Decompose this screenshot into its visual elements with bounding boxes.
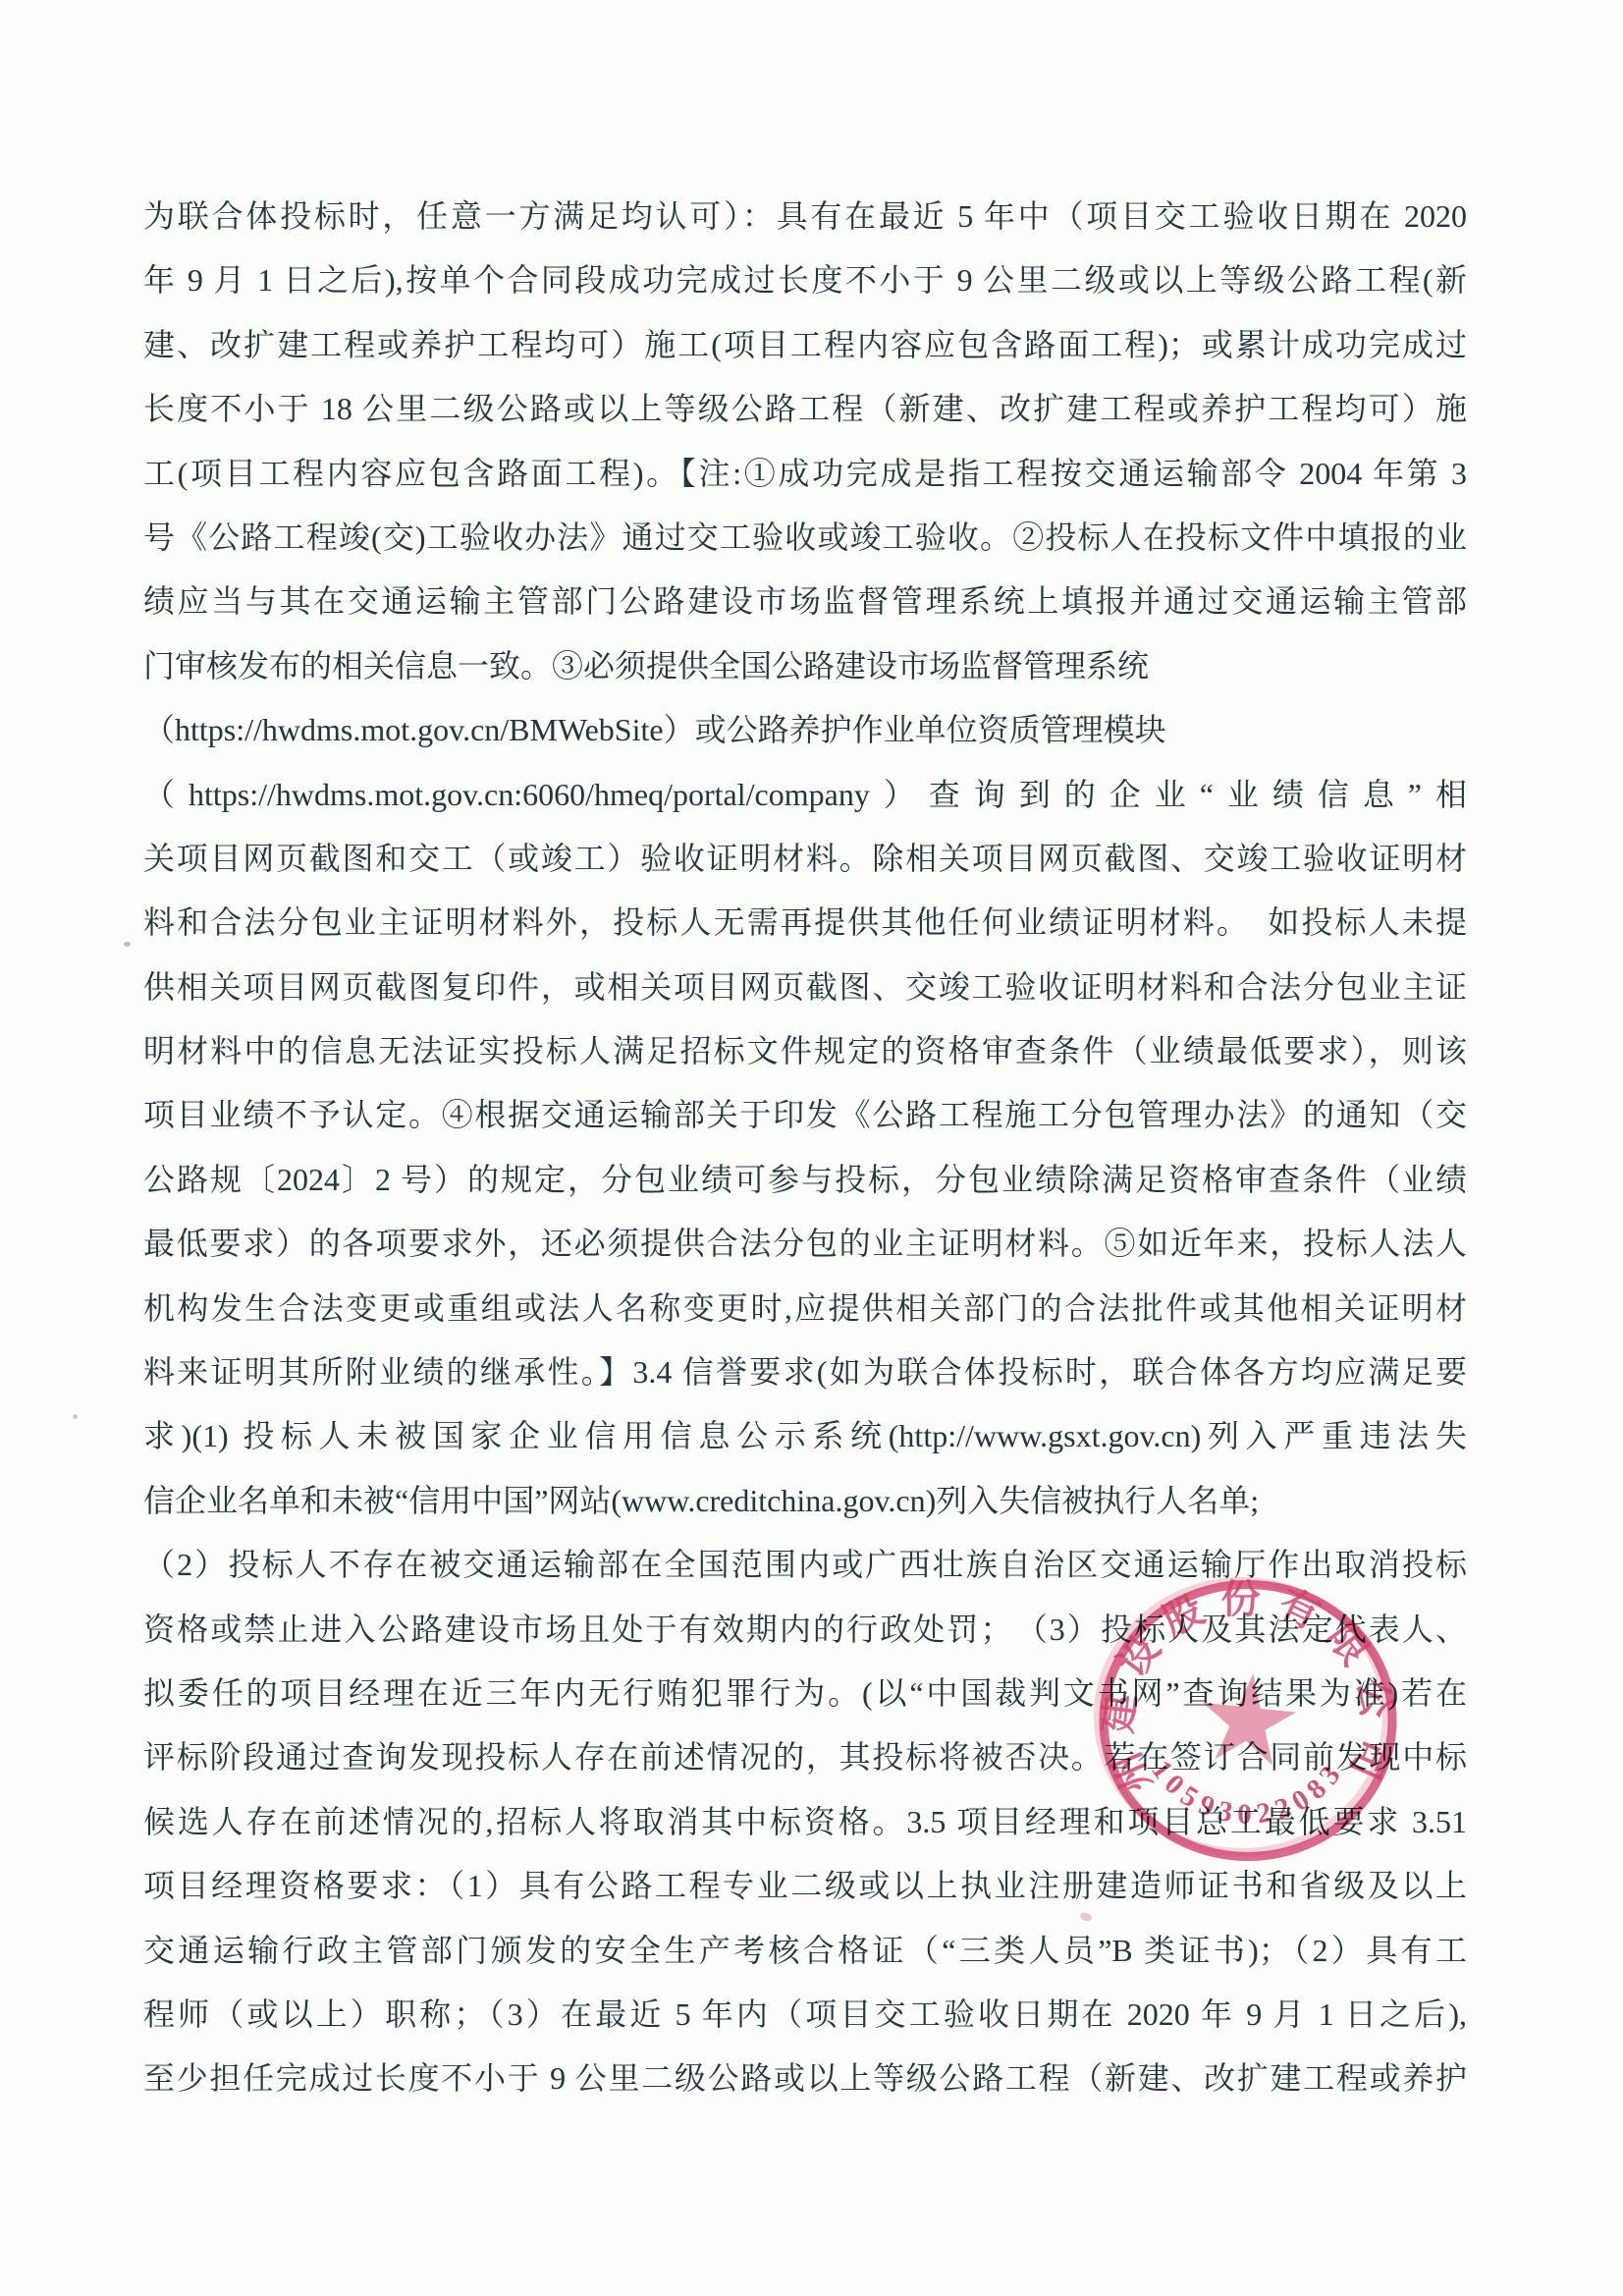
seal-number-container: 10593022083 [1145, 1755, 1351, 1831]
text-line-3: 建、改扩建工程或养护工程均可）施工(项目工程内容应包含路面工程)；或累计成功完成… [143, 313, 1467, 377]
company-seal: 州建设股份有限公司 10593022083 [1084, 1567, 1414, 1882]
text-line-5: 工(项目工程内容应包含路面工程)。【注:①成功完成是指工程按交通运输部令 200… [143, 442, 1467, 506]
text-line-1: 为联合体投标时，任意一方满足均认可）：具有在最近 5 年中（项目交工验收日期在 … [143, 185, 1467, 248]
seal-star-icon [1197, 1668, 1299, 1767]
text-line-28: 交通运输行政主管部门颁发的安全生产考核合格证（“三类人员”B 类证书)；（2）具… [143, 1919, 1467, 1983]
text-line-30: 至少担任完成过长度不小于 9 公里二级公路或以上等级公路工程（新建、改扩建工程或… [143, 2047, 1467, 2110]
text-line-8: 门审核发布的相关信息一致。③必须提供全国公路建设市场监督管理系统 [143, 634, 1467, 698]
text-line-29: 程师（或以上）职称；（3）在最近 5 年内（项目交工验收日期在 2020 年 9… [143, 1983, 1467, 2047]
text-line-6: 号《公路工程竣(交)工验收办法》通过交工验收或竣工验收。②投标人在投标文件中填报… [143, 506, 1467, 570]
text-line-9: （https://hwdms.mot.gov.cn/BMWebSite）或公路养… [143, 698, 1467, 762]
text-line-13: 供相关项目网页截图复印件，或相关项目网页截图、交竣工验收证明材料和合法分包业主证 [143, 956, 1467, 1019]
text-line-7: 绩应当与其在交通运输主管部门公路建设市场监督管理系统上填报并通过交通运输主管部 [143, 570, 1467, 633]
document-page: 为联合体投标时，任意一方满足均认可）：具有在最近 5 年中（项目交工验收日期在 … [0, 0, 1623, 2296]
text-line-17: 最低要求）的各项要求外，还必须提供合法分包的业主证明材料。⑤如近年来，投标人法人 [143, 1212, 1467, 1276]
text-line-19: 料来证明其所附业绩的继承性。】3.4 信誉要求(如为联合体投标时，联合体各方均应… [143, 1340, 1467, 1404]
text-line-2: 年 9 月 1 日之后),按单个合同段成功完成过长度不小于 9 公里二级或以上等… [143, 248, 1467, 312]
text-line-16: 公路规〔2024〕2 号）的规定，分包业绩可参与投标，分包业绩除满足资格审查条件… [143, 1148, 1467, 1212]
text-line-15: 项目业绩不予认定。④根据交通运输部关于印发《公路工程施工分包管理办法》的通知（交 [143, 1083, 1467, 1147]
text-line-4: 长度不小于 18 公里二级公路或以上等级公路工程（新建、改扩建工程或养护工程均可… [143, 377, 1467, 441]
text-line-18: 机构发生合法变更或重组或法人名称变更时,应提供相关部门的合法批件或其他相关证明材 [143, 1277, 1467, 1340]
scan-speck [124, 942, 131, 947]
text-line-12: 料和合法分包业主证明材料外，投标人无需再提供其他任何业绩证明材料。 如投标人未提 [143, 891, 1467, 955]
text-line-10: （https://hwdms.mot.gov.cn:6060/hmeq/port… [143, 763, 1467, 827]
scan-speck [73, 1414, 78, 1419]
text-line-11: 关项目网页截图和交工（或竣工）验收证明材料。除相关项目网页截图、交竣工验收证明材 [143, 827, 1467, 891]
text-line-14: 明材料中的信息无法证实投标人满足招标文件规定的资格审查条件（业绩最低要求），则该 [143, 1019, 1467, 1083]
text-line-21: 信企业名单和未被“信用中国”网站(www.creditchina.gov.cn)… [143, 1469, 1467, 1533]
seal-number: 10593022083 [1145, 1755, 1351, 1831]
text-line-20: 求)(1) 投标人未被国家企业信用信息公示系统(http://www.gsxt.… [143, 1404, 1467, 1468]
